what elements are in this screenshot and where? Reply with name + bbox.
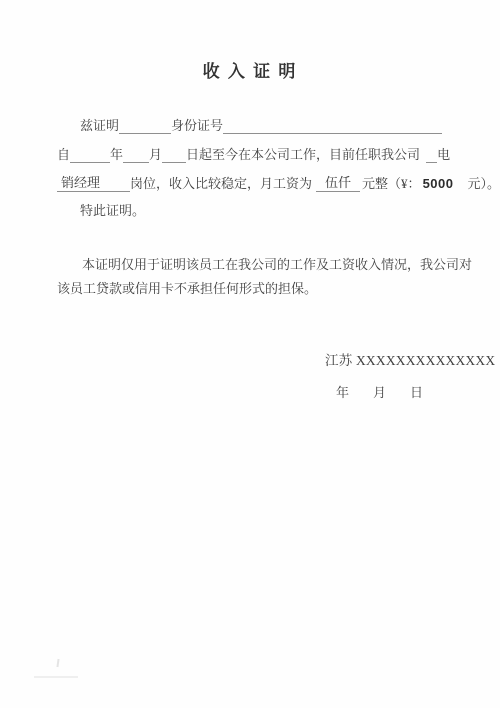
salary-statement-text: 岗位，收入比较稳定，月工资为 — [130, 175, 312, 192]
certify-line: 兹证明 身份证号 — [80, 117, 442, 134]
from-label: 自 — [57, 146, 70, 163]
position-value-part2: 销经理 — [57, 174, 104, 192]
salary-line: 销经理 岗位，收入比较稳定，月工资为 伍仟 元整（¥： 5000 元）。 — [57, 174, 500, 192]
id-number-label: 身份证号 — [171, 117, 223, 134]
month-label: 月 — [149, 146, 162, 163]
hereby-line: 特此证明。 — [80, 202, 145, 219]
disclaimer-line-1: 本证明仅用于证明该员工在我公司的工作及工资收入情况，我公司对 — [82, 256, 472, 273]
date-month-label: 月 — [373, 384, 386, 401]
position-blank-lead — [426, 147, 437, 163]
id-number-blank — [223, 118, 442, 134]
disclaimer-line-2: 该员工贷款或信用卡不承担任何形式的担保。 — [57, 280, 317, 297]
date-day-label: 日 — [410, 384, 423, 401]
position-blank-tail — [104, 176, 130, 192]
work-statement-text: 日起至今在本公司工作，目前任职我公司 — [186, 146, 420, 163]
document-title: 收 入 证 明 — [0, 57, 500, 82]
faint-artifact-line — [34, 676, 78, 678]
employee-name-blank — [119, 118, 171, 134]
work-period-line: 自 年 月 日起至今在本公司工作，目前任职我公司 电 — [57, 146, 450, 163]
faint-artifact-dot — [56, 659, 59, 667]
date-signature-line: 年 月 日 — [336, 384, 447, 401]
salary-unit-text: 元整（¥： — [362, 175, 421, 192]
company-signature: 江苏 XXXXXXXXXXXXXX — [325, 352, 495, 369]
position-value-part1: 电 — [437, 146, 450, 163]
day-blank — [162, 147, 186, 163]
income-certificate-document: 收 入 证 明 兹证明 身份证号 自 年 月 日起至今在本公司工作，目前任职我公… — [0, 0, 500, 708]
year-blank — [70, 147, 110, 163]
month-blank — [123, 147, 149, 163]
certify-prefix: 兹证明 — [80, 117, 119, 134]
salary-closing-text: 元）。 — [467, 175, 500, 192]
year-label: 年 — [110, 146, 123, 163]
salary-amount-chinese: 伍仟 — [316, 174, 360, 192]
date-year-label: 年 — [336, 384, 349, 401]
salary-amount-numeric: 5000 — [423, 175, 454, 192]
